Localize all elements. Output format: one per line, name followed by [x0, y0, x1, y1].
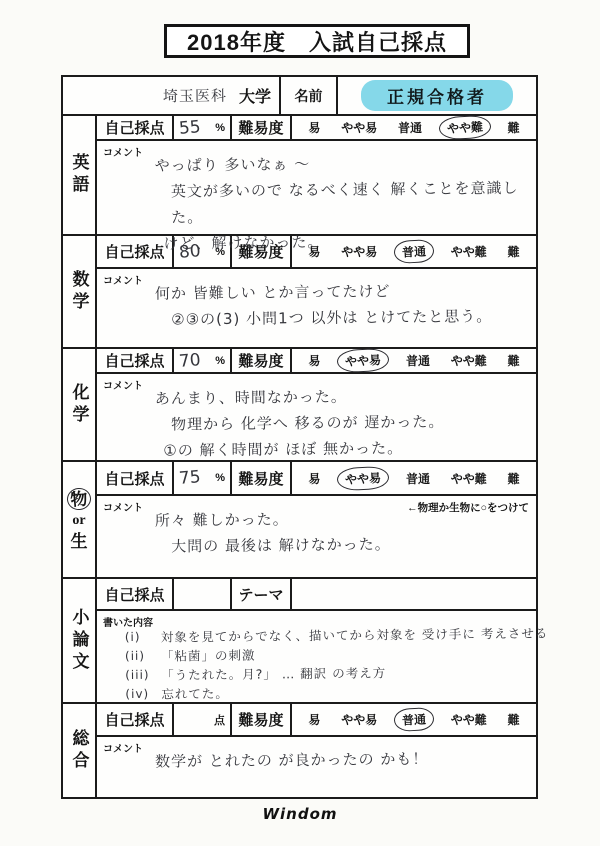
circled-subject-choice: 物	[66, 486, 92, 510]
difficulty-option: 易	[304, 709, 324, 730]
handwritten-comment-line: 英文が多いので なるべく速く 解くことを意識した。	[171, 175, 531, 231]
difficulty-option: 易	[304, 117, 324, 138]
comment-lines: 何か 皆難しい とか言ってたけど②③の(3) 小問1つ 以外は とけてたと思う。	[97, 267, 537, 334]
essay-item-number: (ii)	[125, 647, 151, 666]
self-score-value: 55	[178, 117, 201, 139]
result-badge: 正規合格者	[361, 80, 513, 111]
row-essay: 小論文 自己採点 テーマ 書いた内容 (i)対象を見てからでなく、描いてから対象…	[63, 577, 536, 702]
essay-item-number: (i)	[125, 628, 151, 647]
self-score-label: 自己採点	[97, 579, 174, 609]
university-cell: 埼玉医科 大学	[63, 77, 281, 114]
difficulty-option: 難	[504, 350, 524, 371]
scanned-score-sheet: 2018年度 入試自己採点 埼玉医科 大学 名前 正規合格者 英語 自己採点 5…	[0, 0, 600, 846]
score-strip: 自己採点 55 % 難易度 易やや易普通やや難難	[97, 116, 536, 141]
score-strip: 自己採点 点 難易度 易やや易普通やや難難	[97, 704, 536, 737]
self-score-value: 75	[178, 467, 201, 489]
difficulty-option: 易	[304, 350, 324, 371]
subject-label-chemistry: 化学	[63, 349, 97, 460]
subject-label-math: 数学	[63, 236, 97, 347]
difficulty-option: やや易	[337, 709, 381, 730]
university-suffix-label: 大学	[239, 84, 271, 107]
self-score-label: 自己採点	[97, 704, 174, 735]
score-unit-label: %	[215, 355, 225, 367]
windom-logo: Windom	[0, 805, 600, 823]
self-score-value-cell: 点	[174, 704, 232, 735]
subject-label-physics-or-biology: 物 or 生	[63, 462, 97, 577]
subject-label-english: 英語	[63, 116, 97, 234]
essay-item-number: (iv)	[125, 685, 151, 704]
score-unit-label: %	[215, 472, 225, 484]
handwritten-comment-line: 物理から 化学へ 移るのが 遅かった。	[171, 408, 530, 438]
difficulty-option: 難	[504, 468, 524, 489]
essay-item-text: 「うたれた。月?」 … 翻訳 の考え方	[161, 663, 386, 684]
score-strip: 自己採点 75 % 難易度 易やや易普通やや難難	[97, 462, 536, 496]
self-score-value-cell	[174, 579, 232, 609]
handwritten-comment-line: やっぱり 多いなぁ 〜	[155, 149, 530, 179]
self-score-value: 70	[178, 350, 201, 372]
self-score-value: 80	[178, 241, 201, 263]
difficulty-option: 普通	[402, 350, 434, 371]
theme-value-cell	[292, 579, 536, 609]
comment-area: コメント あんまり、時間なかった。物理から 化学へ 移るのが 遅かった。①の 解…	[97, 374, 536, 462]
handwritten-comment-line: 大問の 最後は 解けなかった。	[171, 530, 530, 560]
comment-area: コメント ←物理か生物に○をつけて 所々 難しかった。大問の 最後は 解けなかっ…	[97, 496, 536, 577]
row-chemistry: 化学 自己採点 70 % 難易度 易やや易普通やや難難 コメント あんまり、時間…	[63, 347, 536, 460]
handwritten-comment-line: あんまり、時間なかった。	[155, 382, 530, 412]
handwritten-comment-line: けど、解けなかった。	[163, 227, 530, 257]
difficulty-option: 普通	[394, 117, 426, 138]
difficulty-option: やや難	[447, 350, 491, 371]
name-label: 名前	[281, 77, 338, 114]
self-score-label: 自己採点	[97, 116, 174, 139]
row-physics-or-biology: 物 or 生 自己採点 75 % 難易度 易やや易普通やや難難 コメント ←物理…	[63, 460, 536, 577]
page-title: 2018年度 入試自己採点	[164, 24, 470, 58]
row-overall: 総合 自己採点 点 難易度 易やや易普通やや難難 コメント 数学が とれたの が…	[63, 702, 536, 797]
handwritten-comment-line: 所々 難しかった。	[155, 504, 530, 534]
subject-choice-biology: 生	[71, 531, 88, 552]
difficulty-option: やや易	[337, 117, 381, 138]
difficulty-label: 難易度	[232, 704, 292, 735]
essay-written-item: (iv)忘れてた。	[125, 681, 532, 704]
subject-choice-physics: 物	[70, 487, 89, 509]
difficulty-option-selected: 普通	[393, 707, 434, 732]
essay-item-text: 忘れてた。	[161, 684, 229, 704]
difficulty-option: やや難	[447, 709, 491, 730]
self-score-value-cell: 75 %	[174, 462, 232, 494]
difficulty-option: 難	[504, 709, 524, 730]
essay-item-number: (iii)	[125, 666, 151, 685]
difficulty-option: 難	[504, 117, 524, 138]
difficulty-option-selected: やや易	[337, 465, 390, 491]
handwritten-comment-line: ②③の(3) 小問1つ 以外は とけてたと思う。	[171, 303, 530, 333]
comment-area: コメント 数学が とれたの が良かったの かも！	[97, 737, 536, 797]
row-english: 英語 自己採点 55 % 難易度 易やや易普通やや難難 コメント やっぱり 多い…	[63, 114, 536, 234]
difficulty-option: やや難	[447, 468, 491, 489]
score-unit-label: %	[215, 122, 225, 134]
score-strip: 自己採点 70 % 難易度 易やや易普通やや難難	[97, 349, 536, 374]
self-score-value-cell: 70 %	[174, 349, 232, 372]
difficulty-label: 難易度	[232, 349, 292, 372]
difficulty-option: 易	[304, 468, 324, 489]
difficulty-option-selected: やや易	[337, 348, 390, 374]
header-row: 埼玉医科 大学 名前 正規合格者	[63, 77, 536, 114]
comment-lines: やっぱり 多いなぁ 〜英文が多いので なるべく速く 解くことを意識した。けど、解…	[96, 139, 536, 258]
handwritten-comment-line: ①の 解く時間が ほぼ 無かった。	[163, 434, 530, 464]
written-content-area: 書いた内容 (i)対象を見てからでなく、描いてから対象を 受け手に 考えさせる(…	[97, 611, 536, 702]
essay-items: (i)対象を見てからでなく、描いてから対象を 受け手に 考えさせる(ii)「粘菌…	[97, 609, 537, 705]
subject-label-overall: 総合	[63, 704, 97, 797]
subject-choice-or: or	[72, 510, 85, 531]
essay-item-text: 「粘菌」の刺激	[161, 646, 256, 666]
theme-label: テーマ	[232, 579, 292, 609]
score-strip: 自己採点 テーマ	[97, 579, 536, 611]
difficulty-options: 易やや易普通やや難難	[292, 349, 536, 372]
difficulty-label: 難易度	[232, 116, 292, 139]
name-value-cell: 正規合格者	[338, 77, 536, 114]
difficulty-options: 易やや易普通やや難難	[292, 116, 536, 139]
essay-item-text: 対象を見てからでなく、描いてから対象を 受け手に 考えさせる	[161, 624, 549, 647]
university-name-handwritten: 埼玉医科	[163, 85, 227, 107]
difficulty-options: 易やや易普通やや難難	[292, 704, 536, 735]
difficulty-option-selected: 普通	[393, 239, 434, 264]
comment-lines: 所々 難しかった。大問の 最後は 解けなかった。	[97, 494, 537, 561]
self-score-label: 自己採点	[97, 349, 174, 372]
comment-area: コメント 何か 皆難しい とか言ってたけど②③の(3) 小問1つ 以外は とけて…	[97, 269, 536, 347]
difficulty-option: 普通	[402, 468, 434, 489]
difficulty-label: 難易度	[232, 462, 292, 494]
comment-area: コメント やっぱり 多いなぁ 〜英文が多いので なるべく速く 解くことを意識した…	[97, 141, 536, 255]
subject-label-essay: 小論文	[63, 579, 97, 702]
difficulty-options: 易やや易普通やや難難	[292, 462, 536, 494]
handwritten-comment-line: 何か 皆難しい とか言ってたけど	[155, 277, 530, 307]
handwritten-comment-line: 数学が とれたの が良かったの かも！	[155, 745, 530, 775]
self-score-label: 自己採点	[97, 462, 174, 494]
comment-lines: あんまり、時間なかった。物理から 化学へ 移るのが 遅かった。①の 解く時間が …	[97, 372, 537, 465]
comment-lines: 数学が とれたの が良かったの かも！	[97, 735, 536, 776]
difficulty-option-selected: やや難	[438, 115, 491, 141]
self-score-value-cell: 55 %	[174, 116, 232, 139]
score-sheet-table: 埼玉医科 大学 名前 正規合格者 英語 自己採点 55 % 難易度 易やや易普通…	[61, 75, 538, 799]
score-unit-label: 点	[214, 712, 225, 728]
